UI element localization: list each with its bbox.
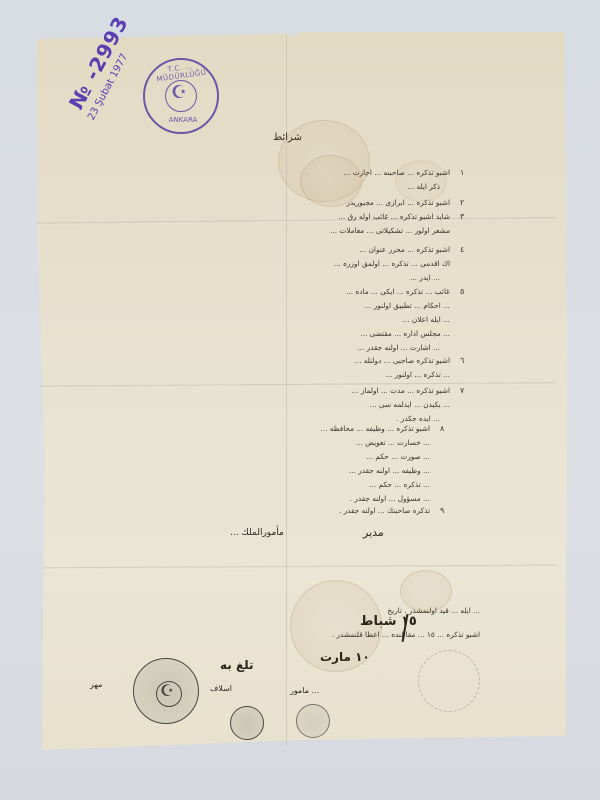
clause-number: ٥ — [460, 287, 464, 296]
clause-line: اشبو تذكره ... مدت ... اولماز ... — [130, 386, 450, 395]
clause-line: ... وظيفه ... اولنه جقدر ... — [140, 466, 430, 475]
clause-line: ... مجلس اداره ... مقتضى ... — [130, 329, 450, 338]
seal-label: اسلاف — [210, 684, 232, 693]
clause-line: اشبو تذكره ... صاحبنه ... اجازت ... — [110, 168, 450, 177]
bottom-line-2: اشبو تذكره ... ١٥ ... مقابلنده ... اعطا … — [170, 630, 480, 639]
clause-line: ... خسارت ... تعويض ... — [140, 438, 430, 447]
handwritten-date-1: ١٥ شباط — [360, 614, 417, 629]
official-registration-stamp: T.C. ... MÜDÜRLÜĞÜ ☪ ANKARA — [143, 58, 219, 134]
clause-number: ٦ — [460, 356, 464, 365]
personal-seal-right — [296, 704, 330, 738]
clause-line: شايد اشبو تذكره ... غائب اوله رق ... — [130, 212, 450, 221]
clause-number: ٢ — [460, 198, 464, 207]
bottom-line-1: ... ايله ... قيد اولنمشدر . تاريخ — [200, 606, 480, 615]
document-heading: شرائط — [273, 132, 302, 143]
crescent-star-icon: ☪ — [171, 84, 187, 102]
seal-label: ... مامور — [290, 686, 319, 695]
clause-line: اشبو تذكره ... وظيفه ... محافظه ... — [140, 424, 430, 433]
stamp-bottom-text: ANKARA — [153, 116, 213, 124]
clause-line: ... ايدر ... — [300, 273, 440, 282]
handwritten-date-2: ١٠ مارت — [320, 650, 370, 664]
clause-line: ... تذكره ... حكم ... — [140, 480, 430, 489]
clause-line: ... صورت ... حكم ... — [140, 452, 430, 461]
clause-line: ... يكيدن ... ايدلمه سى ... — [130, 400, 450, 409]
personal-seal-left — [230, 706, 264, 740]
clause-line: تذكره صاحبنك ... اولنه جقدر . — [230, 506, 430, 515]
clause-line: غائب ... تذكره ... ايكى ... ماده ... — [130, 287, 450, 296]
clause-number: ٨ — [440, 424, 444, 433]
clause-line: اشبو تذكره صاحبى ... دولتله ... — [130, 356, 450, 365]
signature-label-left: مأمورالملك ... — [230, 528, 284, 538]
clause-line: ... ايله اعلان ... — [130, 315, 450, 324]
official-round-seal: ☪ — [133, 658, 199, 724]
handwritten-note: تلغ به — [220, 658, 254, 672]
clause-line: ذكر ايله ... — [280, 182, 440, 191]
clause-line: اشبو تذكره ... محرر عنوان ... — [130, 245, 450, 254]
clause-line: ... اشارت ... اولنه جقدر ... — [240, 343, 440, 352]
clause-number: ٣ — [460, 212, 464, 221]
water-stain — [395, 160, 447, 202]
clause-line: ... تذكره ... اولنور ... — [150, 370, 450, 379]
clause-line: مشعر اولور ... تشكيلاتى ... معاملات ... — [130, 226, 450, 235]
clause-number: ٧ — [460, 386, 464, 395]
clause-line: ... احكام ... تطبيق اولنور ... — [130, 301, 450, 310]
crescent-star-icon: ☪ — [160, 683, 174, 699]
signature-label-right: مدير — [363, 526, 384, 539]
clause-line: اشبو تذكره ... ابرازى ... مجبوريدر — [250, 198, 450, 207]
clause-number: ٤ — [460, 245, 464, 254]
clause-line: اك اقدمى ... تذكره ... اولمق اوزره ... — [130, 259, 450, 268]
clause-number: ٩ — [440, 506, 444, 515]
clause-line: ... مسؤول ... اولنه جقدر . — [200, 494, 430, 503]
seal-label: مهر — [90, 680, 102, 689]
clause-number: ١ — [460, 168, 464, 177]
clause-line: ... ايده جكدر . — [360, 414, 440, 423]
faint-embossed-seal — [418, 650, 480, 712]
